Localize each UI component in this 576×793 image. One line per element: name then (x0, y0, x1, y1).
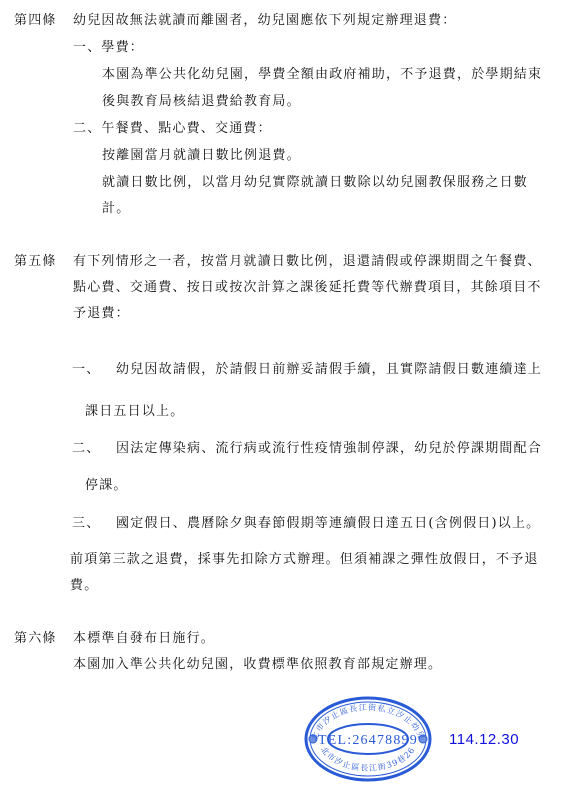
article-5-label: 第五條 (14, 254, 57, 270)
article-5-item-3-number: 三、 (72, 516, 100, 532)
article-5-item-1-text: 幼兒因故請假，於請假日前辦妥請假手續，且實際請假日數連續達上 (116, 362, 542, 378)
svg-text:TEL:26478899: TEL:26478899 (318, 733, 418, 748)
article-5-item-2-text: 因法定傳染病、流行病或流行性疫情強制停課，幼兒於停課期間配合 (116, 441, 542, 457)
article-6-label: 第六條 (14, 631, 57, 647)
article-5-item-3-text: 國定假日、農曆除夕與春節假期等連續假日達五日(含例假日)以上。 (116, 516, 540, 532)
article-4-item-1-title: 一、學費： (73, 40, 144, 56)
article-4-item-1-text-cont: 後與教育局核結退費給教育局。 (102, 94, 301, 110)
article-6-text: 本標準自發布日施行。 (73, 631, 215, 647)
article-4-intro: 幼兒因故無法就讀而離園者，幼兒園應依下列規定辦理退費： (73, 13, 456, 29)
article-4-item-1-text: 本園為準公共化幼兒園，學費全額由政府補助，不予退費，於學期結束 (102, 67, 542, 83)
article-5-intro-3: 予退費： (73, 306, 130, 322)
article-5-item-2-text-cont: 停課。 (85, 478, 128, 494)
document-date: 114.12.30 (449, 731, 519, 748)
article-5-note: 前項第三款之退費，採事先扣除方式辦理。但須補課之彈性放假日，不予退 (70, 552, 539, 568)
article-6-text-2: 本園加入準公共化幼兒園，收費標準依照教育部規定辦理。 (73, 657, 442, 673)
article-4-label: 第四條 (14, 13, 57, 29)
article-5-item-1-number: 一、 (72, 362, 100, 378)
article-4-item-2-text: 按離園當月就讀日數比例退費。 (102, 148, 301, 164)
article-5-intro-2: 點心費、交通費、按日或按次計算之課後延托費等代辦費項目，其餘項目不 (73, 280, 542, 296)
article-4-item-2-title: 二、午餐費、點心費、交通費： (73, 121, 272, 137)
article-5-item-1-text-cont: 課日五日以上。 (85, 404, 184, 420)
article-4-item-2-text-2: 就讀日數比例，以當月幼兒實際就讀日數除以幼兒園教保服務之日數 (102, 175, 528, 191)
article-4-item-2-text-3: 計。 (102, 201, 130, 217)
official-seal-stamp: 新北市汐止區長江街私立汐止幼兒園 TEL:26478899 新北市汐止區長江街3… (303, 695, 433, 783)
article-5-item-2-number: 二、 (72, 441, 100, 457)
article-5-intro: 有下列情形之一者，按當月就讀日數比例，退還請假或停課期間之午餐費、 (73, 254, 542, 270)
article-5-note-cont: 費。 (70, 578, 98, 594)
